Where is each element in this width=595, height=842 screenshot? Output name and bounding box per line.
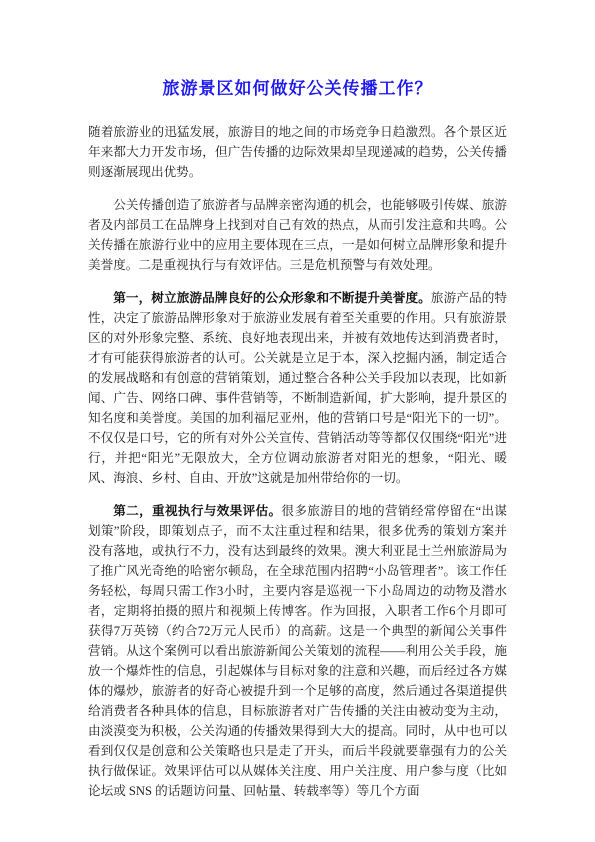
document-title: 旅游景区如何做好公关传播工作？ [88,76,507,102]
paragraph-bold-lead: 第二，重视执行与效果评估。 [113,504,281,518]
document-page: 旅游景区如何做好公关传播工作？ 随着旅游业的迅猛发展，旅游目的地之间的市场竞争日… [0,0,595,842]
paragraph-overview: 公关传播创造了旅游者与品牌亲密沟通的机会，也能够吸引传媒、旅游者及内部员工在品牌… [88,195,507,275]
paragraph-text: 公关传播创造了旅游者与品牌亲密沟通的机会，也能够吸引传媒、旅游者及内部员工在品牌… [88,198,507,272]
paragraph-point-1: 第一，树立旅游品牌良好的公众形象和不断提升美誉度。旅游产品的特性，决定了旅游品牌… [88,288,507,488]
paragraph-text: 很多旅游目的地的营销经常停留在“出谋划策”阶段，即策划点子，而不太注重过程和结果… [88,504,507,798]
paragraph-text: 随着旅游业的迅猛发展，旅游目的地之间的市场竞争日趋激烈。各个景区近年来都大力开发… [88,125,507,179]
paragraph-point-2: 第二，重视执行与效果评估。很多旅游目的地的营销经常停留在“出谋划策”阶段，即策划… [88,501,507,801]
paragraph-intro: 随着旅游业的迅猛发展，旅游目的地之间的市场竞争日趋激烈。各个景区近年来都大力开发… [88,122,507,182]
paragraph-bold-lead: 第一，树立旅游品牌良好的公众形象和不断提升美誉度。 [113,291,431,305]
paragraph-text: 旅游产品的特性，决定了旅游品牌形象对于旅游业发展有着至关重要的作用。只有旅游景区… [88,291,507,485]
